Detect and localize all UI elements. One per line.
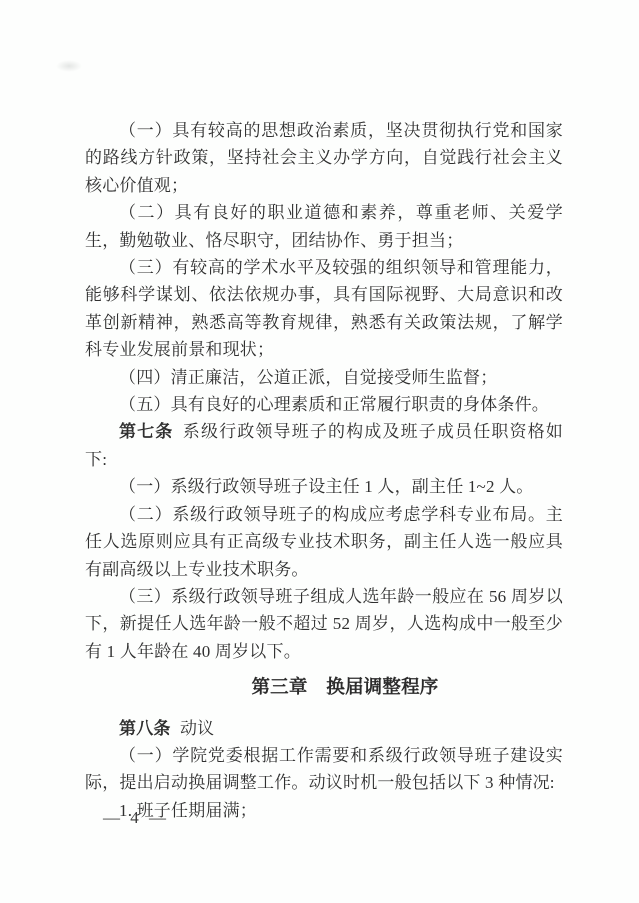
article-7-number: 第七条 [119, 422, 173, 441]
article-7-item-2: （二）系级行政领导班子的构成应考虑学科专业布局。主任人选原则应具有正高级专业技术… [85, 501, 563, 583]
article-8-number: 第八条 [119, 719, 171, 738]
chapter-heading: 第三章 换届调整程序 [85, 673, 563, 700]
article-8-para: 第八条动议 [85, 715, 563, 742]
article-8-title: 动议 [180, 719, 214, 738]
clause-para-3: （三）有较高的学术水平及较强的组织领导和管理能力，能够科学谋划、依法依规办事，具… [85, 254, 563, 364]
clause-para-4: （四）清正廉洁，公道正派，自觉接受师生监督； [85, 364, 563, 391]
article-7-item-1: （一）系级行政领导班子设主任 1 人，副主任 1~2 人。 [85, 473, 563, 500]
article-7-para: 第七条系级行政领导班子的构成及班子成员任职资格如下: [85, 418, 563, 473]
clause-para-2: （二）具有良好的职业道德和素养，尊重老师、关爱学生，勤勉敬业、恪尽职守，团结协作… [85, 199, 563, 254]
page-content: （一）具有较高的思想政治素质，坚决贯彻执行党和国家的路线方针政策，坚持社会主义办… [85, 117, 563, 824]
article-8-item-1: （一）学院党委根据工作需要和系级行政领导班子建设实际，提出启动换届调整工作。动议… [85, 742, 563, 797]
clause-para-5: （五）具有良好的心理素质和正常履行职责的身体条件。 [85, 391, 563, 418]
document-page: （一）具有较高的思想政治素质，坚决贯彻执行党和国家的路线方针政策，坚持社会主义办… [0, 0, 639, 903]
clause-para-1: （一）具有较高的思想政治素质，坚决贯彻执行党和国家的路线方针政策，坚持社会主义办… [85, 117, 563, 199]
page-number: — 4 — [103, 808, 169, 828]
scan-artifact [56, 60, 82, 72]
article-7-item-3: （三）系级行政领导班子组成人选年龄一般应在 56 周岁以下，新提任人选年龄一般不… [85, 583, 563, 665]
